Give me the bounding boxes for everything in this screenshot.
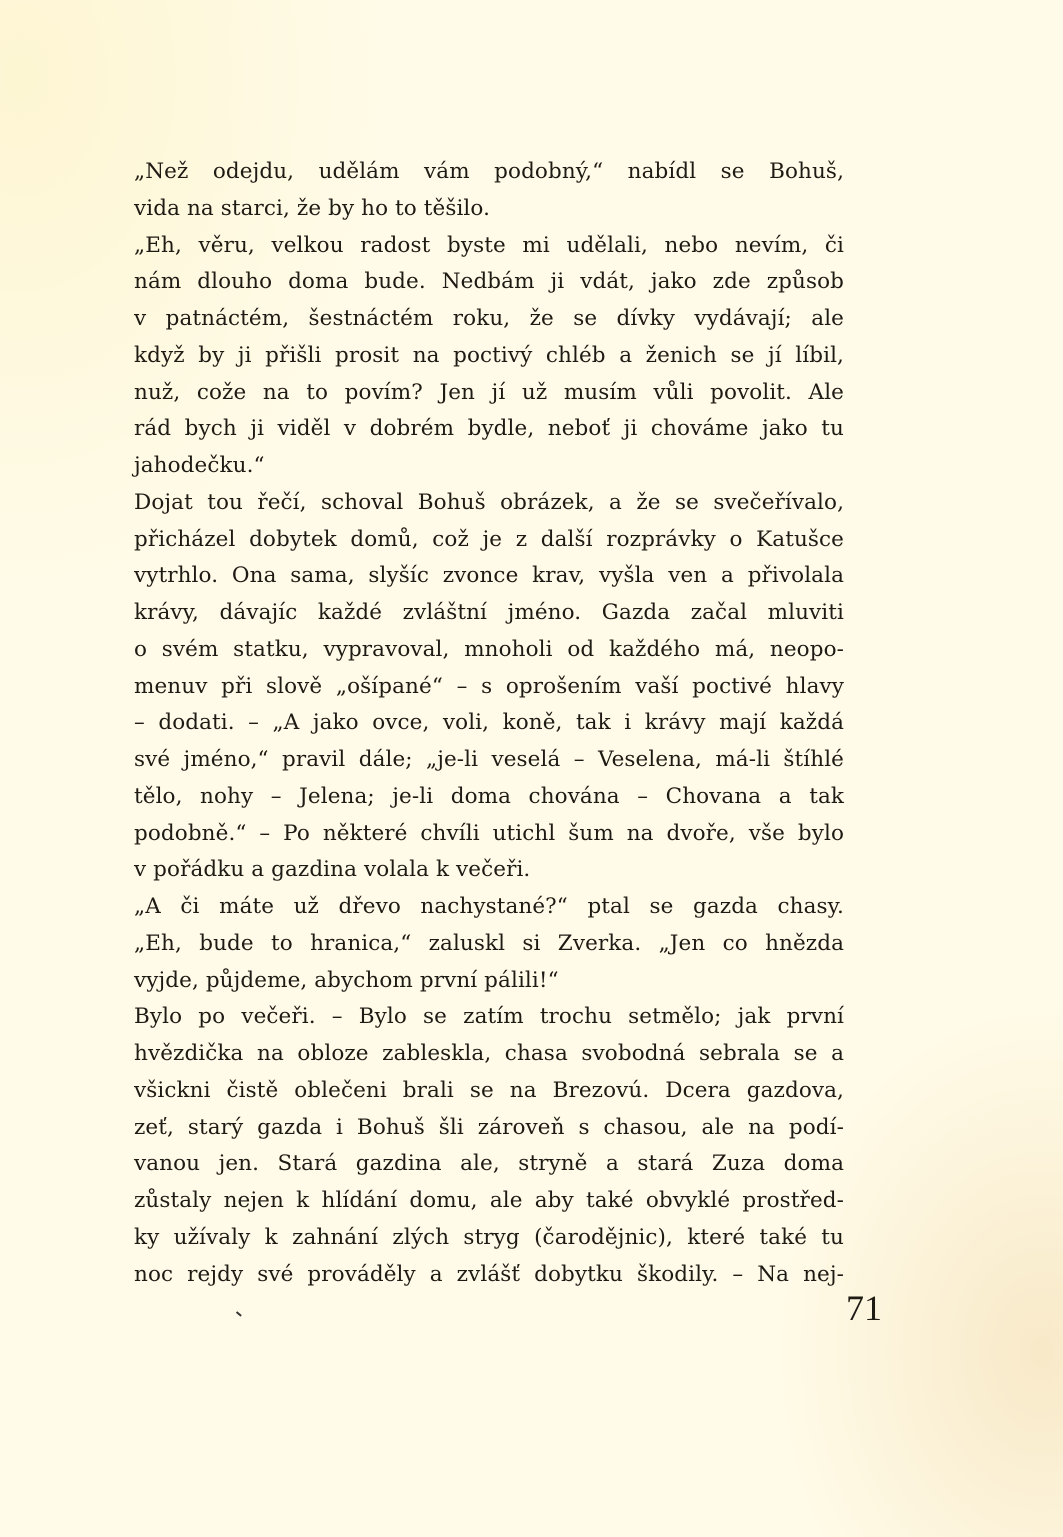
text-line: tělo, nohy – Jelena; je-li doma chována … — [134, 779, 844, 816]
text-line: „Eh, bude to hranica,“ zaluskl si Zverka… — [134, 926, 844, 963]
text-line: o svém statku, vypravoval, mnoholi od ka… — [134, 632, 844, 669]
text-line: Bylo po večeři. – Bylo se zatím trochu s… — [134, 999, 844, 1036]
text-line: podobně.“ – Po některé chvíli utichl šum… — [134, 816, 844, 853]
text-line: „Než odejdu, udělám vám podobný,“ nabídl… — [134, 154, 844, 191]
text-line: v patnáctém, šestnáctém roku, že se dívk… — [134, 301, 844, 338]
text-line: nám dlouho doma bude. Nedbám ji vdát, ja… — [134, 264, 844, 301]
text-line: vytrhlo. Ona sama, slyšíc zvonce krav, v… — [134, 558, 844, 595]
text-line: – dodati. – „A jako ovce, voli, koně, ta… — [134, 705, 844, 742]
text-line: menuv při slově „ošípané“ – s oprošením … — [134, 669, 844, 706]
text-line: hvězdička na obloze zableskla, chasa svo… — [134, 1036, 844, 1073]
text-line: zůstaly nejen k hlídání domu, ale aby ta… — [134, 1183, 844, 1220]
stray-ink-mark — [236, 1311, 242, 1316]
page-number: 71 — [846, 1288, 882, 1328]
text-line: rád bych ji viděl v dobrém bydle, neboť … — [134, 411, 844, 448]
text-line: ky užívaly k zahnání zlých stryg (čarodě… — [134, 1220, 844, 1257]
text-line: „A či máte už dřevo nachystané?“ ptal se… — [134, 889, 844, 926]
text-line: vida na starci, že by ho to těšilo. — [134, 191, 844, 228]
text-line: zeť, starý gazda i Bohuš šli zároveň s c… — [134, 1110, 844, 1147]
body-text: „Než odejdu, udělám vám podobný,“ nabídl… — [134, 154, 844, 1293]
text-line: když by ji přišli prosit na poctivý chlé… — [134, 338, 844, 375]
text-line: vyjde, půjdeme, abychom první pálili!“ — [134, 963, 844, 1000]
text-line: v pořádku a gazdina volala k večeři. — [134, 852, 844, 889]
text-line: přicházel dobytek domů, což je z další r… — [134, 522, 844, 559]
text-line: „Eh, věru, velkou radost byste mi udělal… — [134, 228, 844, 265]
book-page: „Než odejdu, udělám vám podobný,“ nabídl… — [0, 0, 1063, 1537]
text-line: Dojat tou řečí, schoval Bohuš obrázek, a… — [134, 485, 844, 522]
text-line: nuž, cože na to povím? Jen jí už musím v… — [134, 375, 844, 412]
text-line: krávy, dávajíc každé zvláštní jméno. Gaz… — [134, 595, 844, 632]
text-line: všickni čistě oblečeni brali se na Brezo… — [134, 1073, 844, 1110]
text-line: noc rejdy své prováděly a zvlášť dobytku… — [134, 1257, 844, 1294]
text-line: své jméno,“ pravil dále; „je-li veselá –… — [134, 742, 844, 779]
text-line: jahodečku.“ — [134, 448, 844, 485]
text-line: vanou jen. Stará gazdina ale, stryně a s… — [134, 1146, 844, 1183]
